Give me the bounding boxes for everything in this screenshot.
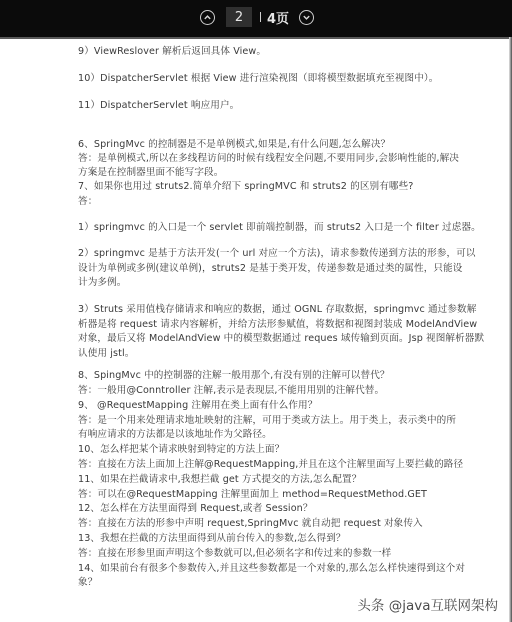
document-line: 10、怎么样把某个请求映射到特定的方法上面？ [78,444,284,456]
document-line: 9）ViewReslover 解析后返回具体 View。 [78,46,266,58]
total-pages-label: 4页 [267,8,289,27]
document-line: 设计为单例或多例(建议单例)，struts2 是基于类开发，传递参数是通过类的属… [78,263,462,275]
document-line: 计为多例。 [78,277,126,289]
document-line: 答：可以在@RequestMapping 注解里面加上 method=Reque… [78,489,427,501]
document-line: 10）DispatcherServlet 根据 View 进行渲染视图（即将模型… [78,73,439,85]
document-line: 答：直接在方法上面加上注解@RequestMapping,并且在这个注解里面写上… [78,459,463,471]
pager: 2 4页 [200,6,314,28]
document-line: 9、 @RequestMapping 注解用在类上面有什么作用？ [78,400,317,412]
chevron-down-icon [302,13,311,22]
document-line: 12、怎么样在方法里面得到 Request,或者 Session？ [78,503,313,515]
watermark: 头条 @java互联网架构 [357,594,498,614]
document-line: 14、如果前台有很多个参数传入,并且这些参数都是一个对象的,那么怎么样快速得到这… [78,563,465,575]
document-line: 析器是将 request 请求内容解析，并给方法形参赋值，将数据和视图封装成 M… [78,319,477,331]
document-line: 7、如果你也用过 struts2.简单介绍下 springMVC 和 strut… [78,181,413,193]
next-page-button[interactable] [299,10,314,25]
chevron-up-icon [203,13,212,22]
document-line: 11）DispatcherServlet 响应用户。 [78,100,239,112]
document-line: 答：直接在形参里面声明这个参数就可以,但必须名字和传过来的参数一样 [78,548,391,560]
prev-page-button[interactable] [200,10,215,25]
document-line: 答：是一个用来处理请求地址映射的注解，可用于类或方法上。用于类上，表示类中的所 [78,415,456,427]
document-line: 13、我想在拦截的方法里面得到从前台传入的参数,怎么得到？ [78,533,346,545]
document-line: 答： [78,196,97,208]
document-line: 11、如果在拦截请求中,我想拦截 get 方式提交的方法,怎么配置？ [78,474,361,486]
page-navigation-bar: 2 4页 [0,0,512,37]
document-line: 对象，最后又将 ModelAndView 中的模型数据通过 reques 域传输… [78,333,484,345]
document-line: 答：直接在方法的形参中声明 request,SpringMvc 就自动把 req… [78,518,423,530]
document-line: 2）springmvc 是基于方法开发(一个 url 对应一个方法)，请求参数传… [78,248,476,260]
document-line: 有响应请求的方法都是以该地址作为父路径。 [78,429,272,441]
document-line: 方案是在控制器里面不能写字段。 [78,167,223,179]
document-line: 8、SpingMvc 中的控制器的注解一般用那个,有没有别的注解可以替代？ [78,370,390,382]
document-line: 认使用 jstl。 [78,348,134,360]
current-page-input[interactable]: 2 [226,7,252,27]
document-line: 答：是单例模式,所以在多线程访问的时候有线程安全问题,不要用同步,会影响性能的,… [78,153,459,165]
document-line: 1）springmvc 的入口是一个 servlet 即前端控制器，而 stru… [78,222,481,234]
document-line: 3）Struts 采用值栈存储请求和响应的数据，通过 OGNL 存取数据，spr… [78,304,476,316]
page-separator [260,12,261,22]
document-line: 6、SpringMvc 的控制器是不是单例模式,如果是,有什么问题,怎么解决？ [78,139,390,151]
document-line: 答：一般用@Conntroller 注解,表示是表现层,不能用用别的注解代替。 [78,385,384,397]
document-line: 象？ [78,577,97,589]
